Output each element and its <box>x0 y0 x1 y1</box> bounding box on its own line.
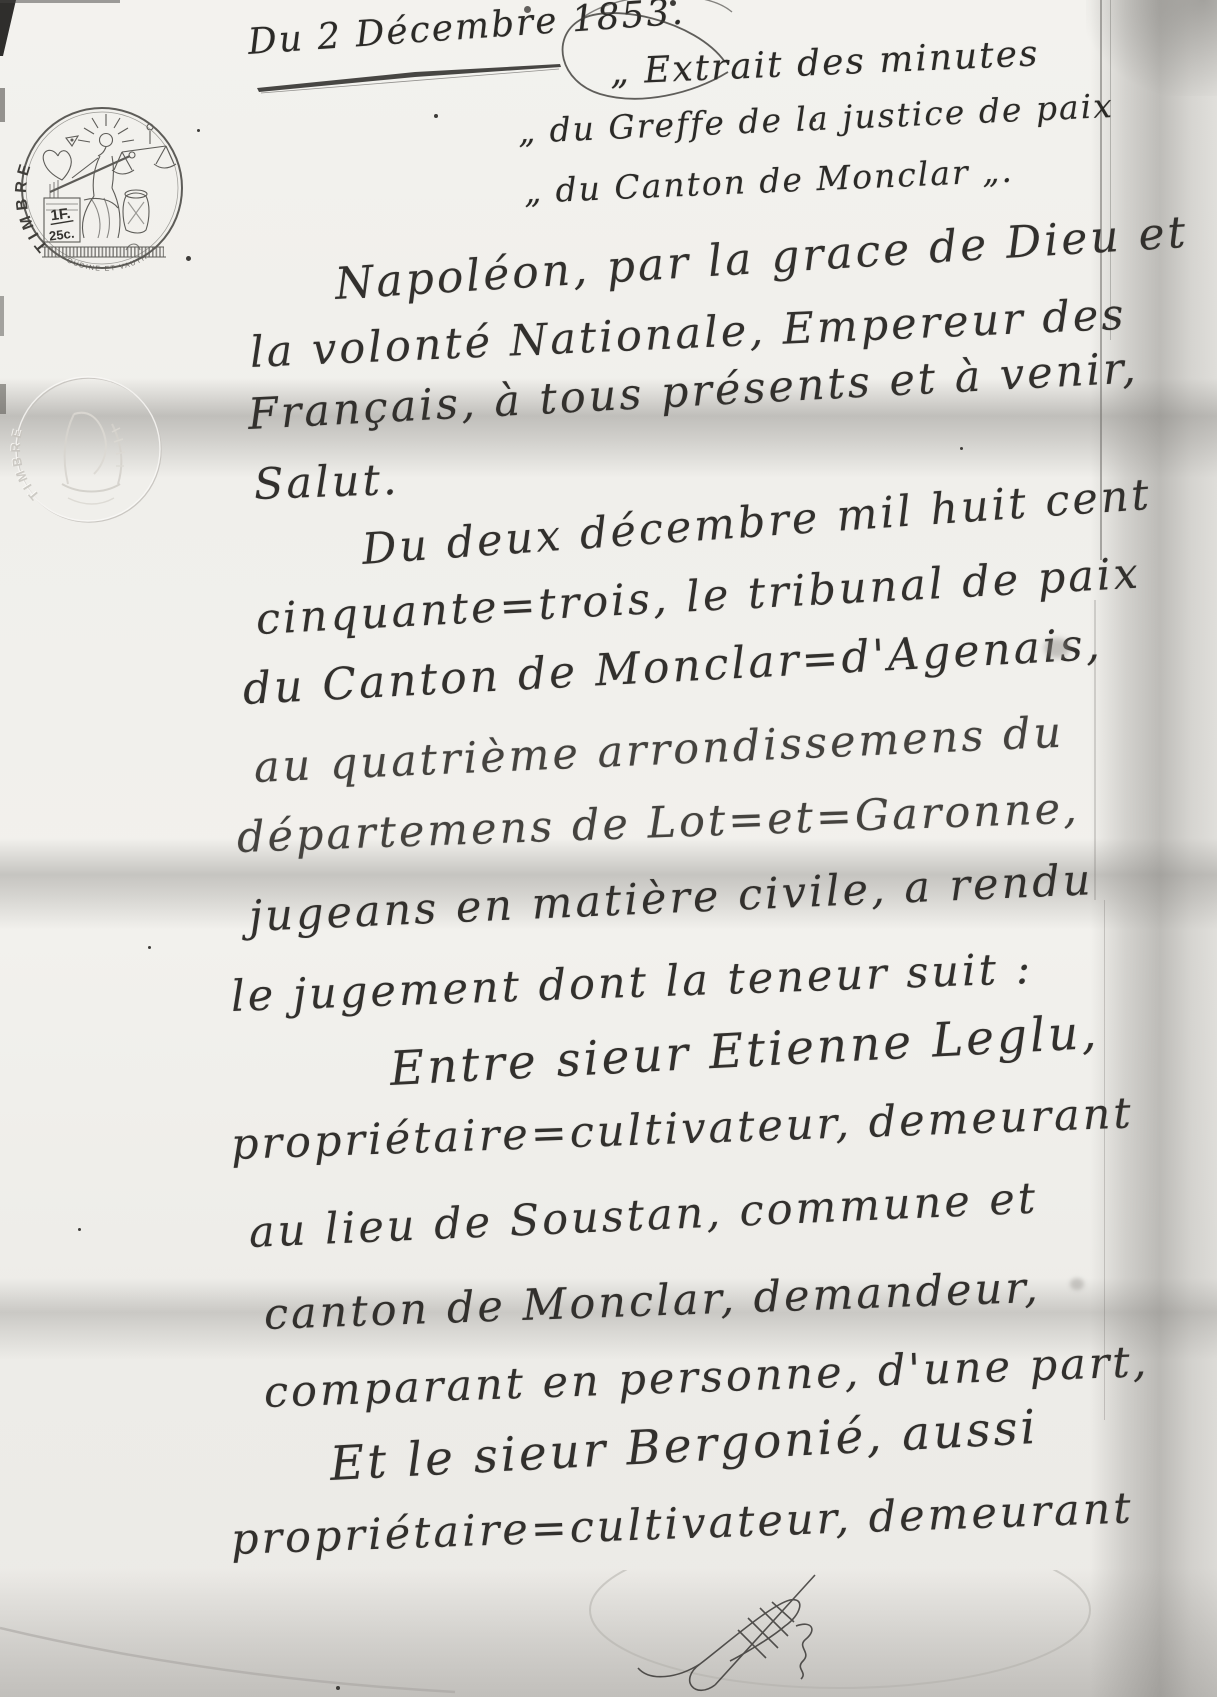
manuscript-line: Salut. <box>253 455 400 510</box>
edge-mark <box>0 0 120 3</box>
header-line: „ du Canton de Monclar „. <box>523 151 1014 211</box>
manuscript-line: au lieu de Soustan, commune et <box>248 1174 1039 1258</box>
ink-speck <box>812 118 816 122</box>
ink-speck <box>197 129 200 132</box>
ink-speck <box>148 946 151 949</box>
ink-speck <box>524 6 531 13</box>
scanned-document-page: TIMBRE 1F. 25c. OUDINE ET VAUTHIER TIMBR… <box>0 0 1217 1697</box>
stamp-arc-text: TIMBRE <box>14 158 51 255</box>
page-edge-corner-smudge <box>1086 0 1217 96</box>
ink-speck <box>670 0 676 6</box>
edge-mark <box>0 88 5 122</box>
ink-speck <box>434 114 438 118</box>
revenue-stamp: TIMBRE 1F. 25c. OUDINE ET VAUTHIER <box>14 100 190 272</box>
manuscript-line: Entre sieur Etienne Leglu, <box>389 1005 1101 1097</box>
embossed-stamp: TIMBRE TIMBRE <box>4 362 174 532</box>
ink-speck <box>78 1228 81 1231</box>
smudge <box>1070 1278 1084 1290</box>
ink-speck <box>186 256 191 261</box>
manuscript-line: canton de Monclar, demandeur, <box>263 1263 1041 1340</box>
ink-speck <box>960 447 963 450</box>
manuscript-line: propriétaire=cultivateur, demeurant <box>230 1088 1134 1169</box>
manuscript-line: propriétaire=cultivateur, demeurant <box>230 1483 1134 1564</box>
paraphe-flourish <box>620 1560 870 1697</box>
date-underline <box>255 58 565 94</box>
bottom-left-curve <box>0 1600 460 1697</box>
smudge <box>1044 638 1070 658</box>
manuscript-line: Et le sieur Bergonié, aussi <box>329 1400 1040 1492</box>
embossed-engraving <box>16 377 161 522</box>
corner-mark <box>0 0 30 60</box>
edge-mark <box>0 296 4 336</box>
stamp-denomination: 1F. 25c. <box>46 205 76 244</box>
svg-text:25c.: 25c. <box>48 226 75 244</box>
manuscript-line: au quatrième arrondissemens du <box>253 708 1065 793</box>
manuscript-line: le jugement dont la teneur suit : <box>230 944 1034 1022</box>
page-edge-crease <box>1110 0 1111 340</box>
manuscript-line: jugeans en matière civile, a rendu <box>248 855 1094 942</box>
manuscript-line: départemens de Lot=et=Garonne, <box>236 784 1080 863</box>
ink-speck <box>336 1686 340 1690</box>
